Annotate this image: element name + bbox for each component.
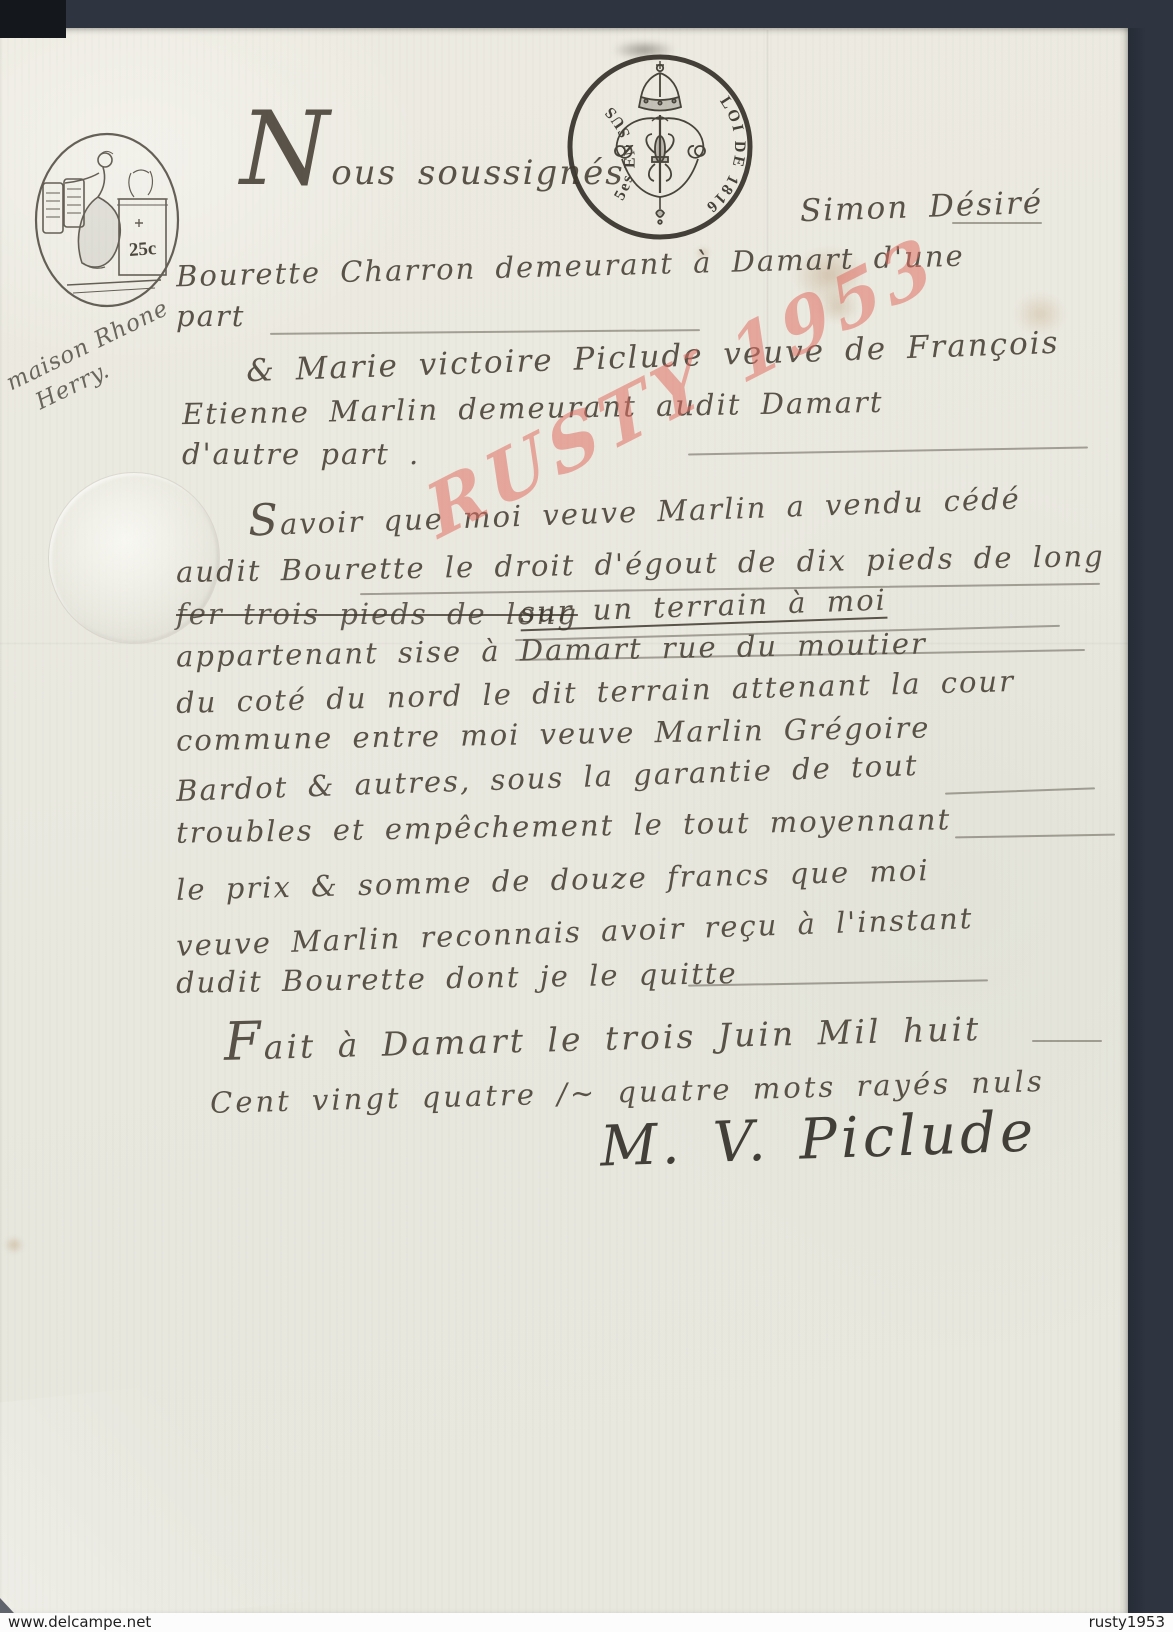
scan-background-right-band <box>1128 28 1173 1613</box>
round-tax-stamp-icon: 5es EN SUS LOI DE 1816. <box>560 47 760 247</box>
ink-flourish-line <box>1032 1040 1102 1042</box>
scanned-document-page: 25c <box>0 0 1173 1632</box>
manuscript-line: Nous soussignés <box>240 150 625 190</box>
manuscript-line: part <box>176 302 245 331</box>
stamp-denomination: 25c <box>128 238 157 261</box>
fiscal-stamp-25c-icon: 25c <box>27 123 187 313</box>
manuscript-line: d'autre part . <box>182 440 420 469</box>
ink-flourish-line <box>952 222 1042 224</box>
signature: M. V. Piclude <box>599 1104 1038 1175</box>
delcampe-watermark: www.delcampe.net <box>8 1613 151 1631</box>
paper-stain <box>4 1236 24 1254</box>
seller-watermark: rusty1953 <box>1089 1613 1165 1631</box>
manuscript-line-struck: fer trois pieds de long <box>176 600 578 629</box>
watermark-footer-strip: www.delcampe.net rusty1953 <box>0 1613 1173 1632</box>
scan-background-corner <box>0 0 66 38</box>
